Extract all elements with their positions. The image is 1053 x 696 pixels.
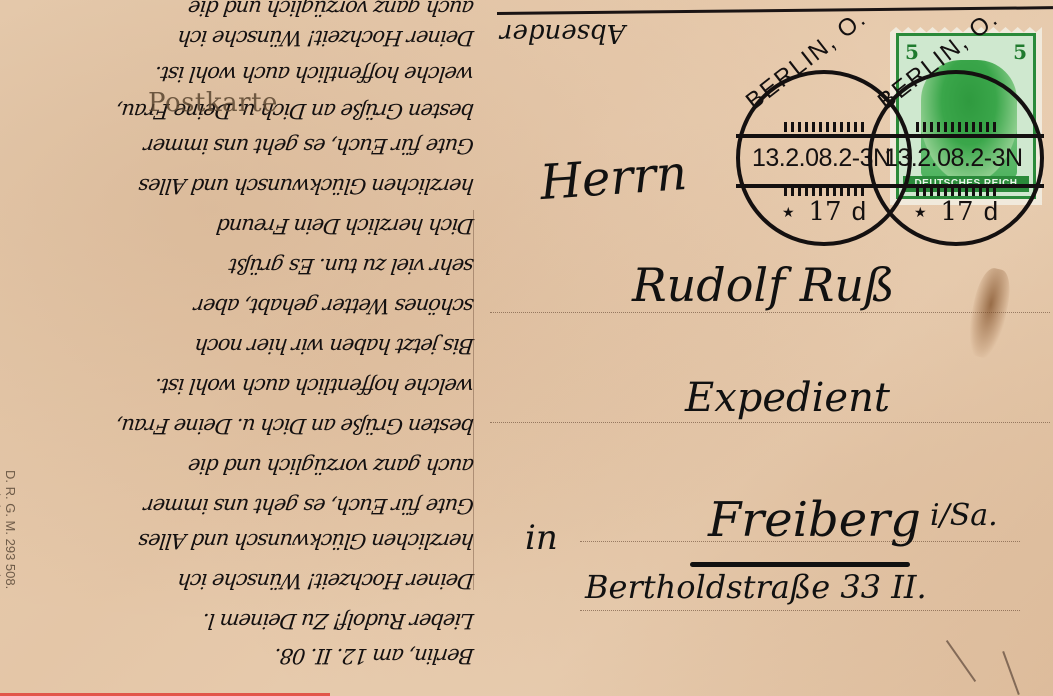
message-line: welche hoffentlich auch wohl ist. [3, 370, 476, 398]
message-line: Gute für Euch, es geht uns immer [3, 490, 476, 518]
message-line: Gute für Euch, es geht uns immer [3, 130, 476, 158]
district-number: 17 [809, 197, 842, 227]
stamp-value: 5 [1013, 40, 1027, 64]
recipient-street: Bertholdstraße 33 II. [585, 568, 927, 606]
salutation: Herrn [538, 145, 689, 211]
scratch-mark [946, 640, 976, 682]
sender-note: Absender [500, 18, 625, 48]
printed-title: Postkarte [148, 88, 278, 118]
message-line: Bis jetzt haben wir hier noch [3, 330, 476, 358]
message-line: auch ganz vorzüglich und die [3, 0, 476, 20]
city-underline [690, 562, 910, 567]
district-letter: d [852, 196, 866, 226]
postmark: BERLIN, O. 13.2.08.2-3N ★17d [868, 70, 1044, 246]
recipient-occupation: Expedient [685, 375, 890, 421]
message-line: sehr viel zu tun. Es grüßt [3, 250, 476, 278]
message-line: auch ganz vorzüglich und die [3, 450, 476, 478]
postmark-city: BERLIN, O. [741, 4, 873, 116]
scratch-mark [1002, 651, 1020, 695]
district-number: 17 [941, 197, 974, 227]
recipient-region: i/Sa. [930, 498, 998, 533]
postmark-ticks [916, 122, 996, 132]
postmark-ticks [784, 122, 864, 132]
message-line: Berlin, am 12. II. 08. [3, 640, 476, 668]
postmark-ticks [784, 186, 864, 196]
message-line: Lieber Rudolf! Zu Deinem l. [3, 605, 476, 633]
star-icon: ★ [914, 205, 927, 221]
recipient-city: Freiberg [708, 492, 921, 548]
postmark-district: ★17d [872, 196, 1040, 227]
recipient-name: Rudolf Ruß [632, 258, 895, 312]
printer-imprint: D. R. G. M. 293 508. Nachdr. ges. geschü… [0, 470, 18, 602]
message-line: herzlichen Glückwunsch und Alles [3, 170, 476, 198]
city-prefix: in [525, 518, 558, 558]
address-line [490, 312, 1050, 314]
sender-rule [497, 6, 1053, 15]
message-line: Dich herzlich Dein Freund [3, 210, 476, 238]
star-icon: ★ [782, 205, 795, 221]
postmark-date: 13.2.08.2-3N [884, 144, 1023, 173]
postmark-ticks [916, 186, 996, 196]
postcard: Berlin, am 12. II. 08. Lieber Rudolf! Zu… [0, 0, 1053, 696]
message-line: Deiner Hochzeit! Wünsche ich [3, 22, 476, 50]
message-divider [473, 210, 474, 590]
message-line: Deiner Hochzeit! Wünsche ich [3, 565, 476, 593]
message-line: herzlichen Glückwunsch und Alles [3, 525, 476, 553]
address-line [580, 610, 1020, 612]
address-line [490, 422, 1050, 424]
message-line: schönes Wetter gehabt, aber [3, 290, 476, 318]
imprint-line: Nachdr. ges. geschützt [0, 470, 3, 602]
message-line: besten Grüße an Dich u. Deine Frau, [3, 410, 476, 438]
imprint-line: D. R. G. M. 293 508. [3, 470, 18, 602]
district-letter: d [984, 196, 998, 226]
message-line: welche hoffentlich auch wohl ist. [3, 58, 476, 86]
